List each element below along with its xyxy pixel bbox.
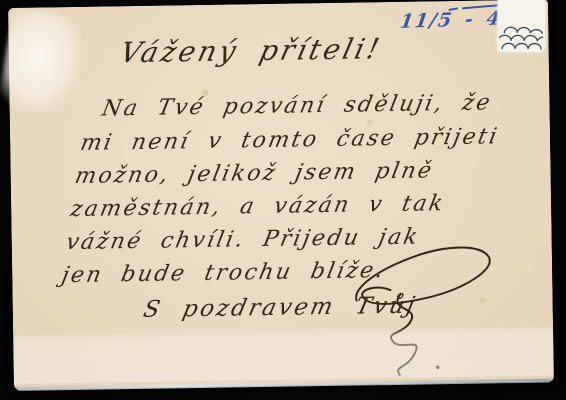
- signature-flourish-icon: [342, 236, 514, 384]
- letter-line: možno, jelikož jsem plně: [73, 158, 436, 189]
- card-bottom-edge: [16, 379, 552, 391]
- scan-background: 11/5 - 45 Vážený příteli! Na Tvé pozvání…: [0, 0, 566, 400]
- date-separator: -: [459, 8, 480, 31]
- hinge-patch: [497, 0, 546, 52]
- wave-scallop-mark-icon: [499, 22, 543, 50]
- paper-stain-top-left: [0, 8, 88, 119]
- letter-line: zaměstnán, a vázán v tak: [68, 191, 447, 222]
- date-day-month: 11/5: [399, 9, 455, 33]
- letter-line: mi není v tomto čase přijeti: [78, 124, 501, 156]
- letter-line: Na Tvé pozvání sděluji, že: [100, 90, 494, 121]
- letter-line: jen bude trochu blíže.: [59, 258, 387, 288]
- postcard: 11/5 - 45 Vážený příteli! Na Tvé pozvání…: [8, 0, 554, 390]
- greeting-line: Vážený příteli!: [117, 32, 385, 69]
